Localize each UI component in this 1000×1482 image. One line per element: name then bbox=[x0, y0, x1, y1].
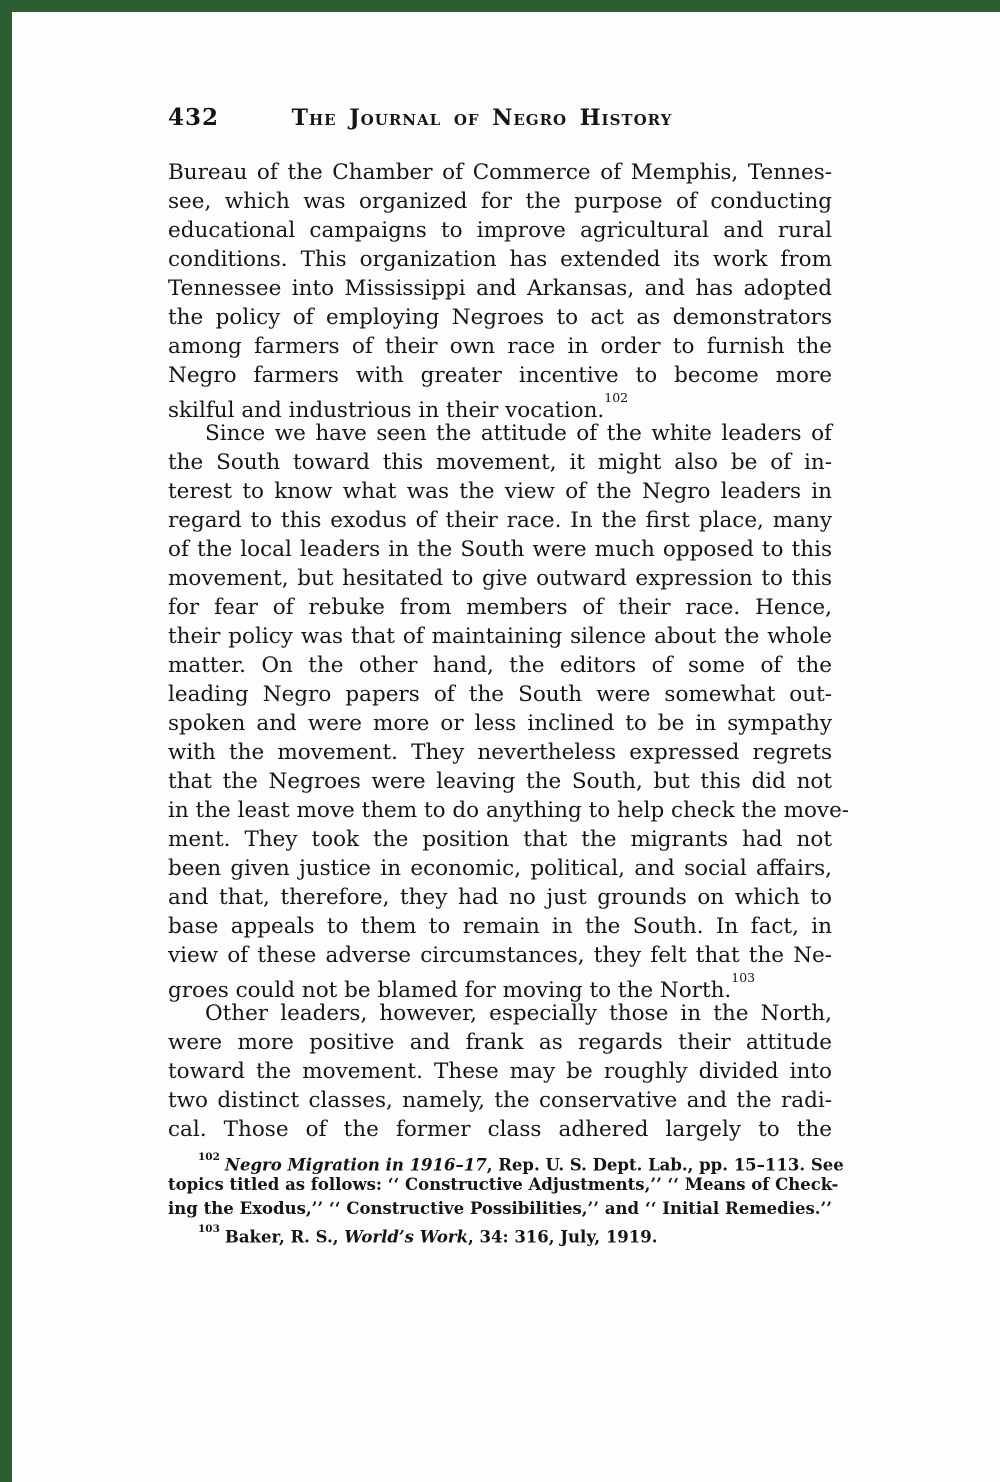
text-line: in the least move them to do anything to… bbox=[168, 796, 832, 825]
footnote-line: 103Baker, R. S., World’s Work, 34: 316, … bbox=[168, 1221, 832, 1245]
text-line: Negro farmers with greater incentive to … bbox=[168, 361, 832, 390]
text-line: two distinct classes, namely, the conser… bbox=[168, 1086, 832, 1115]
footnote-ref-102: 102 bbox=[604, 390, 628, 405]
text-line: with the movement. They nevertheless exp… bbox=[168, 738, 832, 767]
text-line: leading Negro papers of the South were s… bbox=[168, 680, 832, 709]
text-line: among farmers of their own race in order… bbox=[168, 332, 832, 361]
footnote-line: topics titled as follows: ‘‘ Constructiv… bbox=[168, 1173, 832, 1197]
text-line: and that, therefore, they had no just gr… bbox=[168, 883, 832, 912]
text-line: for fear of rebuke from members of their… bbox=[168, 593, 832, 622]
text-line: see, which was organized for the purpose… bbox=[168, 187, 832, 216]
footnote-text: Baker, R. S., bbox=[225, 1228, 344, 1247]
page-number: 432 bbox=[168, 103, 219, 133]
text-line: of the local leaders in the South were m… bbox=[168, 535, 832, 564]
text-line: the South toward this movement, it might… bbox=[168, 448, 832, 477]
text-line: skilful and industrious in their vocatio… bbox=[168, 390, 832, 419]
text-line: regard to this exodus of their race. In … bbox=[168, 506, 832, 535]
journal-header: The Journal of Negro History bbox=[292, 103, 673, 133]
scan-edge-top bbox=[0, 0, 1000, 12]
scan-page: 432 The Journal of Negro History Bureau … bbox=[0, 0, 1000, 1482]
text-line: the policy of employing Negroes to act a… bbox=[168, 303, 832, 332]
footnote-italic-title: World’s Work bbox=[344, 1228, 468, 1247]
text-line: were more positive and frank as regards … bbox=[168, 1028, 832, 1057]
text-line: base appeals to them to remain in the So… bbox=[168, 912, 832, 941]
footnotes-section: 102Negro Migration in 1916–17, Rep. U. S… bbox=[168, 1149, 832, 1245]
text-line: terest to know what was the view of the … bbox=[168, 477, 832, 506]
text-line: their policy was that of maintaining sil… bbox=[168, 622, 832, 651]
footnote-text: , Rep. U. S. Dept. Lab., pp. 15–113. See bbox=[487, 1156, 844, 1175]
footnote-line: 102Negro Migration in 1916–17, Rep. U. S… bbox=[168, 1149, 832, 1173]
text-line: been given justice in economic, politica… bbox=[168, 854, 832, 883]
text-line: Tennessee into Mississippi and Arkansas,… bbox=[168, 274, 832, 303]
footnote-marker-102: 102 bbox=[198, 1151, 220, 1163]
footnote-line: ing the Exodus,’’ ‘‘ Constructive Possib… bbox=[168, 1197, 832, 1221]
text-line: Other leaders, however, especially those… bbox=[168, 999, 832, 1028]
footnote-ref-103: 103 bbox=[731, 970, 755, 985]
text-line: educational campaigns to improve agricul… bbox=[168, 216, 832, 245]
text-line: view of these adverse circumstances, the… bbox=[168, 941, 832, 970]
text-line: that the Negroes were leaving the South,… bbox=[168, 767, 832, 796]
text-line: toward the movement. These may be roughl… bbox=[168, 1057, 832, 1086]
footnote-italic-title: Negro Migration in 1916–17 bbox=[225, 1156, 487, 1175]
text-line: spoken and were more or less inclined to… bbox=[168, 709, 832, 738]
text-line: Bureau of the Chamber of Commerce of Mem… bbox=[168, 158, 832, 187]
scan-edge-left bbox=[0, 0, 12, 1482]
text-line: Since we have seen the attitude of the w… bbox=[168, 419, 832, 448]
text-line: conditions. This organization has extend… bbox=[168, 245, 832, 274]
text-line: matter. On the other hand, the editors o… bbox=[168, 651, 832, 680]
text-line: cal. Those of the former class adhered l… bbox=[168, 1115, 832, 1144]
footnote-text: , 34: 316, July, 1919. bbox=[468, 1228, 657, 1247]
text-line: ment. They took the position that the mi… bbox=[168, 825, 832, 854]
text-line: groes could not be blamed for moving to … bbox=[168, 970, 832, 999]
page-body-text: Bureau of the Chamber of Commerce of Mem… bbox=[168, 158, 832, 1144]
text-line: movement, but hesitated to give outward … bbox=[168, 564, 832, 593]
footnote-marker-103: 103 bbox=[198, 1223, 220, 1235]
